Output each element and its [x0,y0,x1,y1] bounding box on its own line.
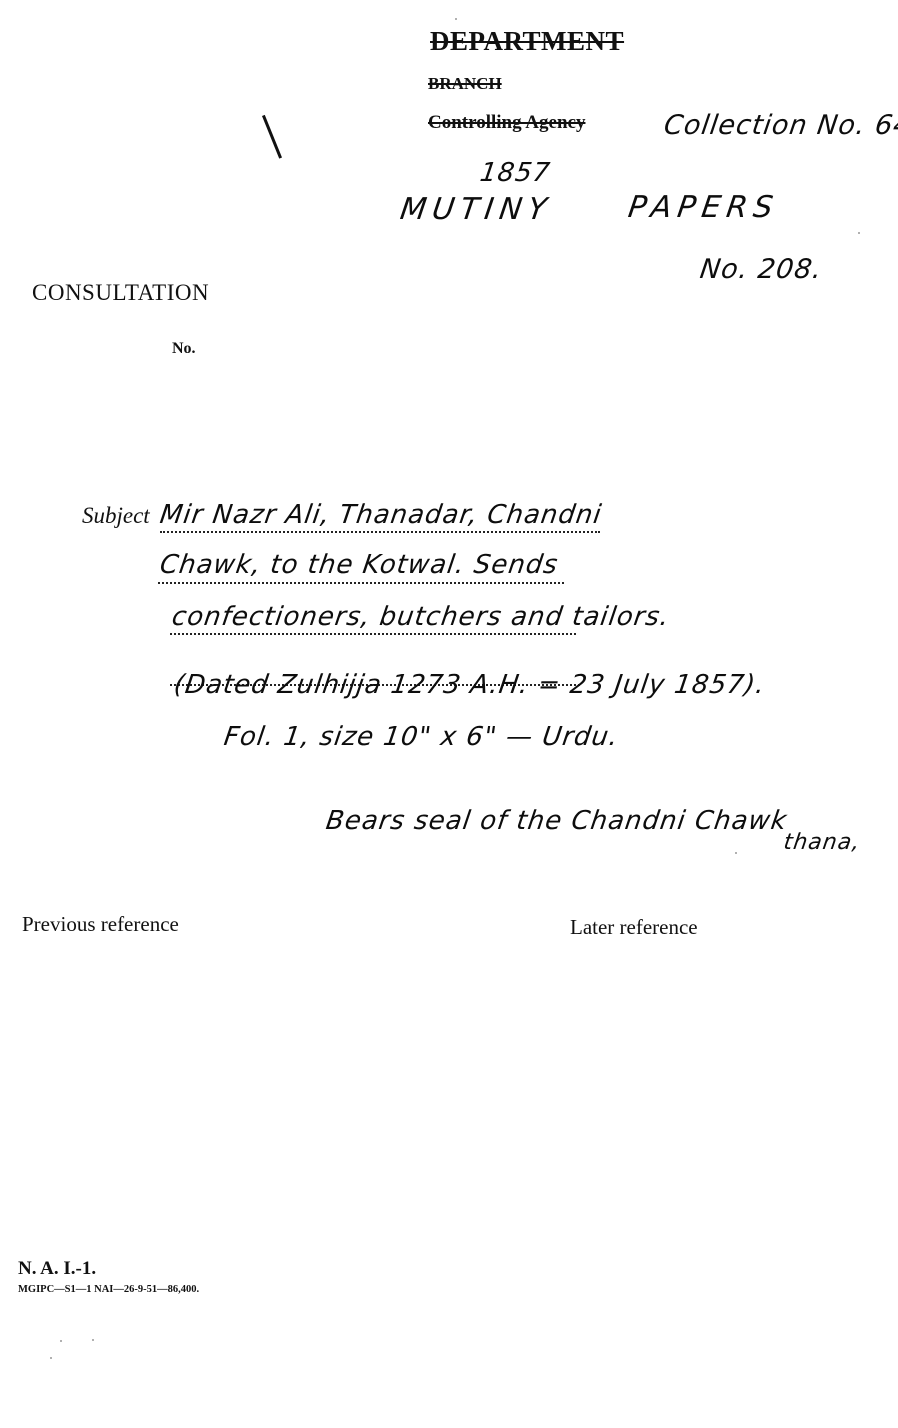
department-label: DEPARTMENT [430,26,624,57]
consultation-title: CONSULTATION [32,280,209,306]
dotted-line [170,633,576,635]
scan-speck [735,852,737,854]
dotted-line [160,531,600,533]
year-annotation: 1857 [478,158,552,188]
subject-line-1: Mir Nazr Ali, Thanadar, Chandni [158,500,604,530]
paper-number-annotation: No. 208. [698,254,824,285]
later-reference-label: Later reference [570,915,698,940]
series-annotation-part2: PAPERS [626,190,781,225]
series-annotation-part1: MUTINY [398,192,555,227]
pen-stroke-mark [262,115,282,159]
scan-speck [92,1339,94,1341]
dotted-line [158,582,564,584]
subject-line-5: Fol. 1, size 10" x 6" — Urdu. [222,722,621,752]
subject-label: Subject [82,503,150,529]
subject-line-7: thana, [782,830,862,855]
controlling-agency-label: Controlling Agency [428,112,585,134]
previous-reference-label: Previous reference [22,912,179,937]
collection-number-annotation: Collection No. 64. [662,110,898,141]
printer-imprint: MGIPC—S1—1 NAI—26-9-51—86,400. [18,1284,199,1295]
branch-label: BRANCH [428,74,502,94]
scan-speck [50,1357,52,1359]
scan-speck [455,18,457,20]
subject-line-2: Chawk, to the Kotwal. Sends [158,550,560,580]
scan-speck [858,232,860,234]
subject-line-4: (Dated Zulhijja 1273 A.H. = 23 July 1857… [172,670,767,700]
subject-line-3: confectioners, butchers and tailors. [170,602,672,632]
form-identifier: N. A. I.-1. [18,1258,96,1280]
consultation-number-label: No. [172,340,196,358]
scan-speck [60,1340,62,1342]
subject-line-6: Bears seal of the Chandni Chawk [324,806,789,836]
